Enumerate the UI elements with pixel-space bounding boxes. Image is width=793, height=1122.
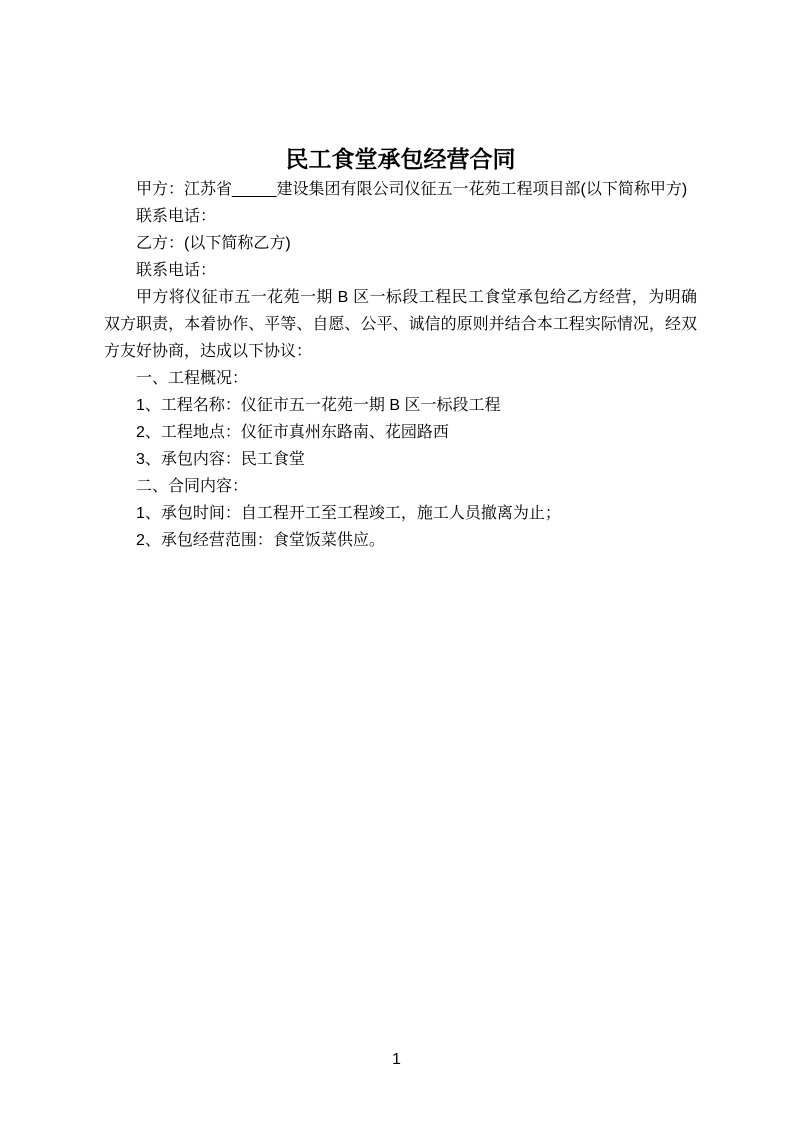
party-b-phone-line: 联系电话： — [104, 257, 697, 284]
party-b-line: 乙方：(以下简称乙方) — [104, 230, 697, 257]
project-name-item: 1、工程名称：仪征市五一花苑一期 B 区一标段工程 — [104, 392, 697, 419]
page-number: 1 — [0, 1050, 793, 1070]
contract-document-page: 民工食堂承包经营合同 甲方：江苏省_____建设集团有限公司仪征五一花苑工程项目… — [0, 0, 793, 1122]
contract-scope-item: 3、承包内容：民工食堂 — [104, 446, 697, 473]
party-a-line: 甲方：江苏省_____建设集团有限公司仪征五一花苑工程项目部(以下简称甲方) — [104, 176, 697, 203]
section-1-heading: 一、工程概况： — [104, 365, 697, 392]
project-location-item: 2、工程地点：仪征市真州东路南、花园路西 — [104, 419, 697, 446]
contract-time-item: 1、承包时间：自工程开工至工程竣工，施工人员撤离为止； — [104, 500, 697, 527]
document-title: 民工食堂承包经营合同 — [104, 143, 697, 176]
party-a-phone-line: 联系电话： — [104, 203, 697, 230]
preamble-paragraph: 甲方将仪征市五一花苑一期 B 区一标段工程民工食堂承包给乙方经营，为明确双方职责… — [104, 284, 697, 365]
section-2-heading: 二、合同内容： — [104, 473, 697, 500]
operating-scope-item: 2、承包经营范围：食堂饭菜供应。 — [104, 527, 697, 554]
